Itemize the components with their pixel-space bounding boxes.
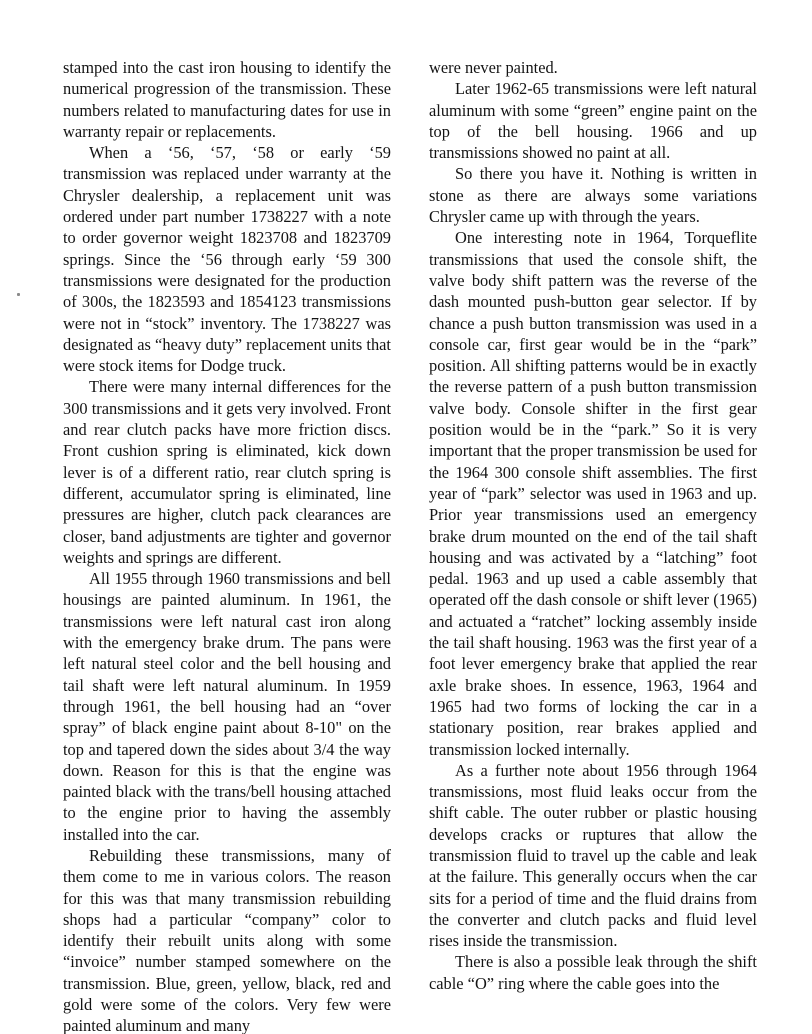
paragraph: So there you have it. Nothing is written…	[429, 163, 757, 227]
paragraph: There were many internal differences for…	[63, 376, 391, 568]
paragraph: When a ‘56, ‘57, ‘58 or early ‘59 transm…	[63, 142, 391, 376]
right-column: were never painted. Later 1962-65 transm…	[429, 57, 757, 994]
paragraph: There is also a possible leak through th…	[429, 951, 757, 994]
paragraph: were never painted.	[429, 57, 757, 78]
paragraph: Later 1962-65 transmissions were left na…	[429, 78, 757, 163]
scan-artifact	[17, 293, 20, 296]
paragraph: As a further note about 1956 through 196…	[429, 760, 757, 952]
paragraph: stamped into the cast iron housing to id…	[63, 57, 391, 142]
paragraph: One interesting note in 1964, Torqueflit…	[429, 227, 757, 759]
paragraph: All 1955 through 1960 transmissions and …	[63, 568, 391, 845]
left-column: stamped into the cast iron housing to id…	[63, 57, 391, 1034]
document-page: stamped into the cast iron housing to id…	[0, 0, 812, 1034]
paragraph: Rebuilding these transmissions, many of …	[63, 845, 391, 1034]
